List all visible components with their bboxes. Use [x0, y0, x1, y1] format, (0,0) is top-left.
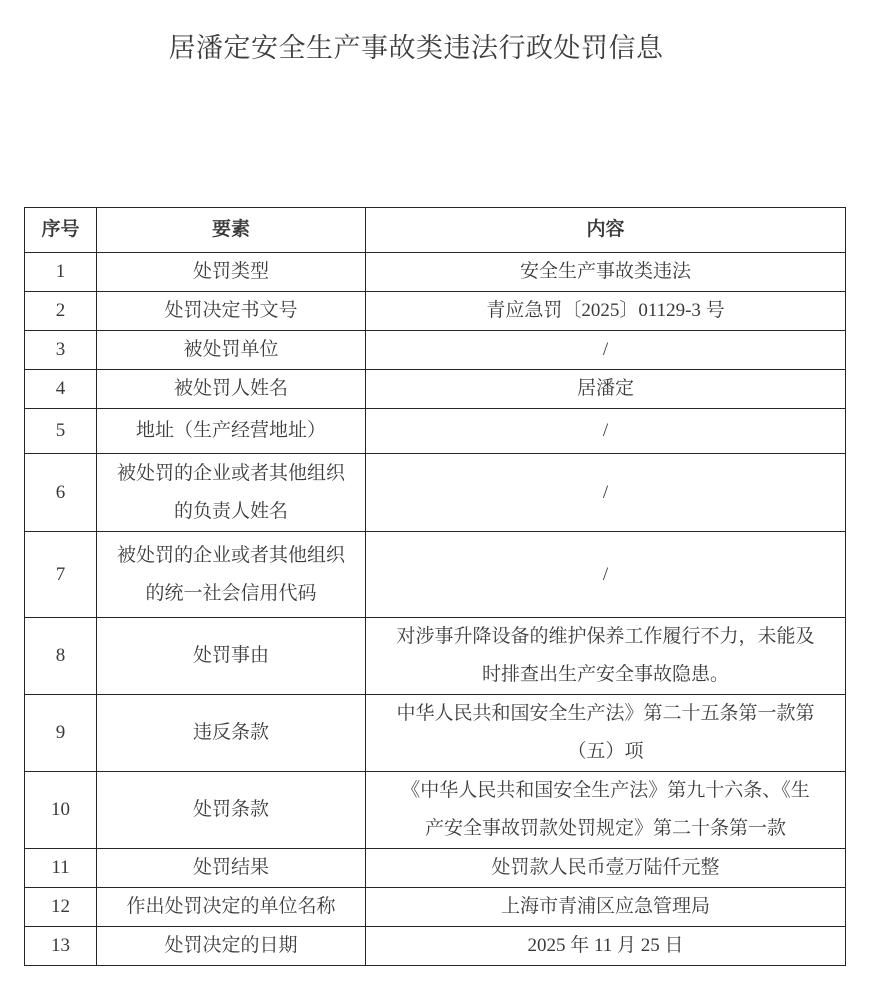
cell-element: 处罚类型 — [97, 253, 366, 292]
cell-element: 被处罚的企业或者其他组织 的统一社会信用代码 — [97, 532, 366, 618]
cell-content: 中华人民共和国安全生产法》第二十五条第一款第 （五）项 — [366, 695, 846, 772]
header-cell-no: 序号 — [25, 208, 97, 253]
cell-row-no: 8 — [25, 618, 97, 695]
cell-content: 处罚款人民币壹万陆仟元整 — [366, 849, 846, 888]
cell-content: / — [366, 331, 846, 370]
cell-row-no: 12 — [25, 888, 97, 927]
header-cell-content: 内容 — [366, 208, 846, 253]
cell-row-no: 6 — [25, 454, 97, 532]
cell-row-no: 3 — [25, 331, 97, 370]
cell-content: 居潘定 — [366, 370, 846, 409]
cell-row-no: 1 — [25, 253, 97, 292]
cell-element: 处罚决定的日期 — [97, 927, 366, 966]
cell-row-no: 9 — [25, 695, 97, 772]
cell-row-no: 7 — [25, 532, 97, 618]
cell-element: 违反条款 — [97, 695, 366, 772]
cell-row-no: 10 — [25, 772, 97, 849]
table-row: 5 地址（生产经营地址） / — [25, 409, 846, 454]
cell-element: 处罚决定书文号 — [97, 292, 366, 331]
header-cell-element: 要素 — [97, 208, 366, 253]
cell-element: 作出处罚决定的单位名称 — [97, 888, 366, 927]
cell-element: 处罚事由 — [97, 618, 366, 695]
cell-row-no: 13 — [25, 927, 97, 966]
table-row: 10 处罚条款 《中华人民共和国安全生产法》第九十六条、《生 产安全事故罚款处罚… — [25, 772, 846, 849]
cell-content: 安全生产事故类违法 — [366, 253, 846, 292]
table-row: 11 处罚结果 处罚款人民币壹万陆仟元整 — [25, 849, 846, 888]
cell-content: 《中华人民共和国安全生产法》第九十六条、《生 产安全事故罚款处罚规定》第二十条第… — [366, 772, 846, 849]
table-row: 12 作出处罚决定的单位名称 上海市青浦区应急管理局 — [25, 888, 846, 927]
cell-element: 被处罚的企业或者其他组织 的负责人姓名 — [97, 454, 366, 532]
cell-element: 处罚结果 — [97, 849, 366, 888]
table-row: 1 处罚类型 安全生产事故类违法 — [25, 253, 846, 292]
cell-row-no: 2 — [25, 292, 97, 331]
table-row: 13 处罚决定的日期 2025 年 11 月 25 日 — [25, 927, 846, 966]
cell-row-no: 11 — [25, 849, 97, 888]
cell-row-no: 4 — [25, 370, 97, 409]
cell-content: 对涉事升降设备的维护保养工作履行不力，未能及 时排查出生产安全事故隐患。 — [366, 618, 846, 695]
cell-content: / — [366, 532, 846, 618]
cell-content: 上海市青浦区应急管理局 — [366, 888, 846, 927]
table-row: 3 被处罚单位 / — [25, 331, 846, 370]
cell-content: 青应急罚〔2025〕01129-3 号 — [366, 292, 846, 331]
cell-element: 处罚条款 — [97, 772, 366, 849]
table-row: 9 违反条款 中华人民共和国安全生产法》第二十五条第一款第 （五）项 — [25, 695, 846, 772]
table-row: 4 被处罚人姓名 居潘定 — [25, 370, 846, 409]
cell-content: / — [366, 454, 846, 532]
cell-element: 被处罚单位 — [97, 331, 366, 370]
cell-content: 2025 年 11 月 25 日 — [366, 927, 846, 966]
table-row: 8 处罚事由 对涉事升降设备的维护保养工作履行不力，未能及 时排查出生产安全事故… — [25, 618, 846, 695]
cell-element: 地址（生产经营地址） — [97, 409, 366, 454]
page-title: 居潘定安全生产事故类违法行政处罚信息 — [0, 0, 854, 66]
cell-content: / — [366, 409, 846, 454]
cell-element: 被处罚人姓名 — [97, 370, 366, 409]
penalty-info-table: 序号 要素 内容 1 处罚类型 安全生产事故类违法 2 处罚决定书文号 青应急罚… — [24, 207, 846, 966]
cell-row-no: 5 — [25, 409, 97, 454]
table-row: 2 处罚决定书文号 青应急罚〔2025〕01129-3 号 — [25, 292, 846, 331]
table-header-row: 序号 要素 内容 — [25, 208, 846, 253]
table-row: 6 被处罚的企业或者其他组织 的负责人姓名 / — [25, 454, 846, 532]
table-row: 7 被处罚的企业或者其他组织 的统一社会信用代码 / — [25, 532, 846, 618]
